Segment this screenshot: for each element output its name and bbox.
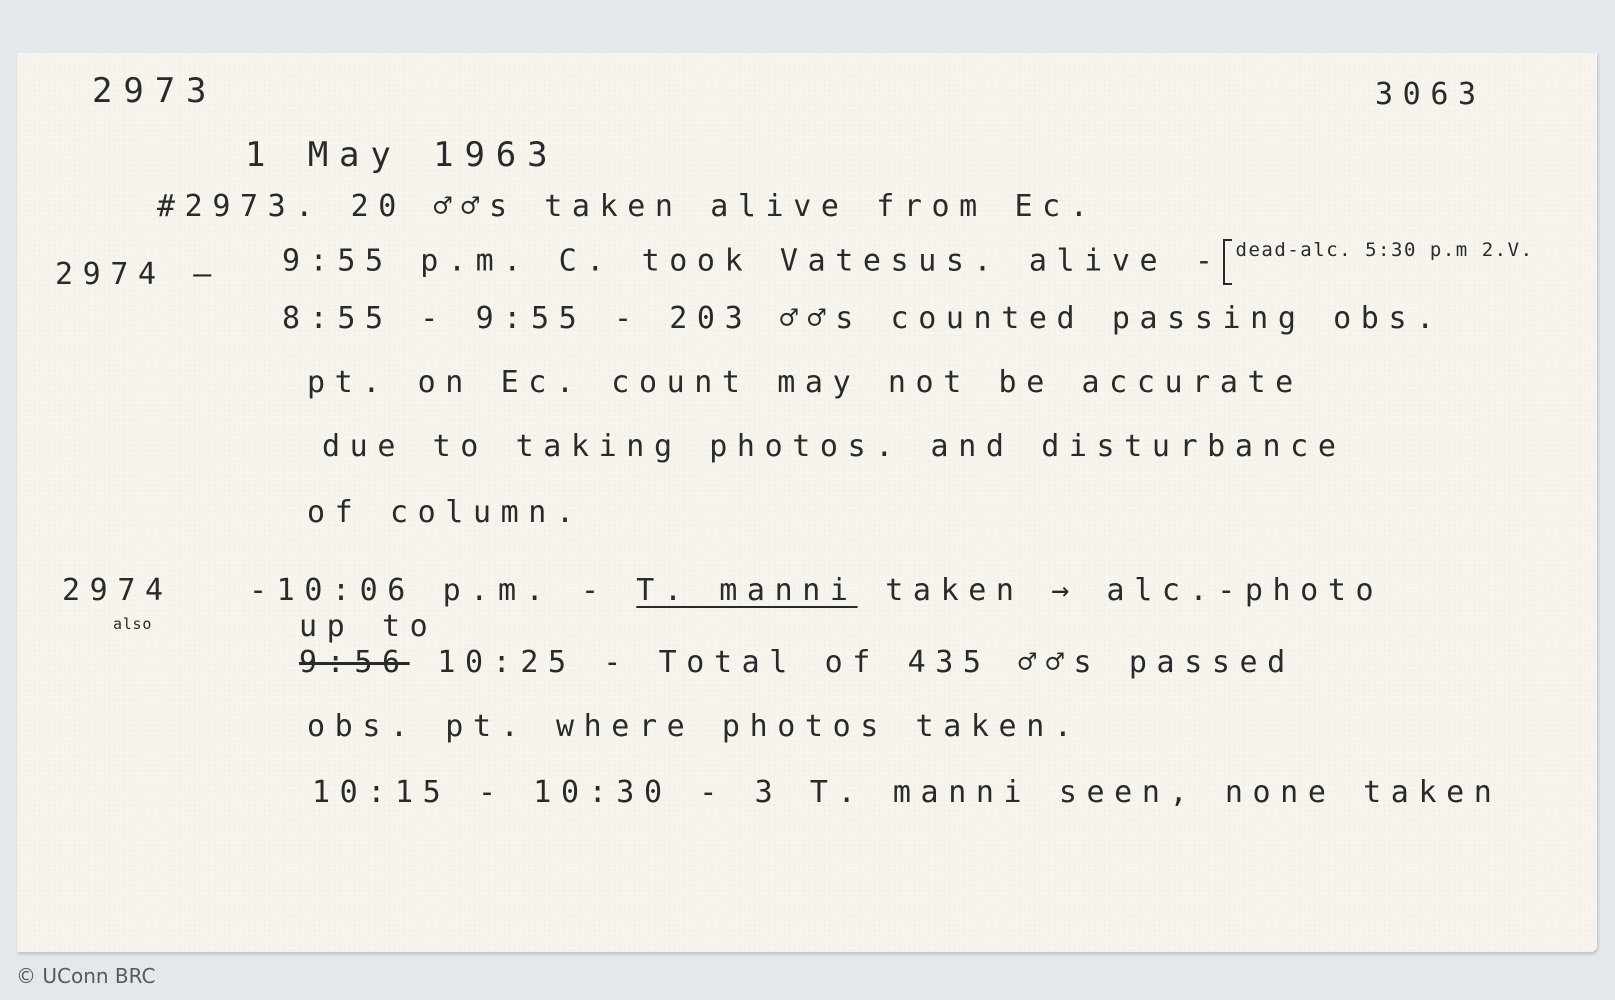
note-line-7-suffix: taken → alc.-photo: [885, 573, 1383, 608]
margin-number-2974-also: 2974: [62, 573, 173, 608]
note-line-7: -10:06 p.m. - T. manni taken → alc.-phot…: [249, 573, 1383, 608]
species-t-manni: T. manni: [636, 573, 857, 608]
note-line-6: of column.: [307, 495, 584, 530]
note-line-10: 10:15 - 10:30 - 3 T. manni seen, none ta…: [312, 775, 1501, 810]
note-line-7-prefix: -10:06 p.m. -: [249, 573, 609, 608]
margin-number-2974: 2974 —: [55, 257, 221, 292]
note-line-2-text: 9:55 p.m. C. took Vatesus. alive -: [282, 244, 1223, 279]
note-line-4: pt. on Ec. count may not be accurate: [307, 365, 1303, 400]
annotation-dead-alc: dead-alc. 5:30 p.m 2.V.: [1236, 239, 1534, 261]
note-line-1: #2973. 20 ♂♂s taken alive from Ec.: [157, 189, 1098, 224]
copyright-credit: © UConn BRC: [16, 964, 156, 988]
card-date: 1 May 1963: [245, 135, 559, 175]
note-line-8-text: 10:25 - Total of 435 ♂♂s passed: [437, 645, 1295, 680]
catalog-number-left: 2973: [92, 71, 217, 111]
bracket-mark: [1223, 239, 1232, 285]
struck-time: 9:56: [299, 645, 410, 680]
margin-also: also: [113, 615, 152, 633]
note-line-2: 9:55 p.m. C. took Vatesus. alive -dead-a…: [282, 239, 1534, 285]
insert-up-to: up to: [299, 609, 437, 644]
note-line-3: 8:55 - 9:55 - 203 ♂♂s counted passing ob…: [282, 301, 1444, 336]
index-card: 2973 3063 1 May 1963 #2973. 20 ♂♂s taken…: [17, 53, 1597, 952]
note-line-5: due to taking photos. and disturbance: [322, 429, 1345, 464]
note-line-8: 9:56 10:25 - Total of 435 ♂♂s passed: [299, 645, 1295, 680]
note-line-9: obs. pt. where photos taken.: [307, 709, 1082, 744]
catalog-number-right: 3063: [1375, 77, 1486, 112]
